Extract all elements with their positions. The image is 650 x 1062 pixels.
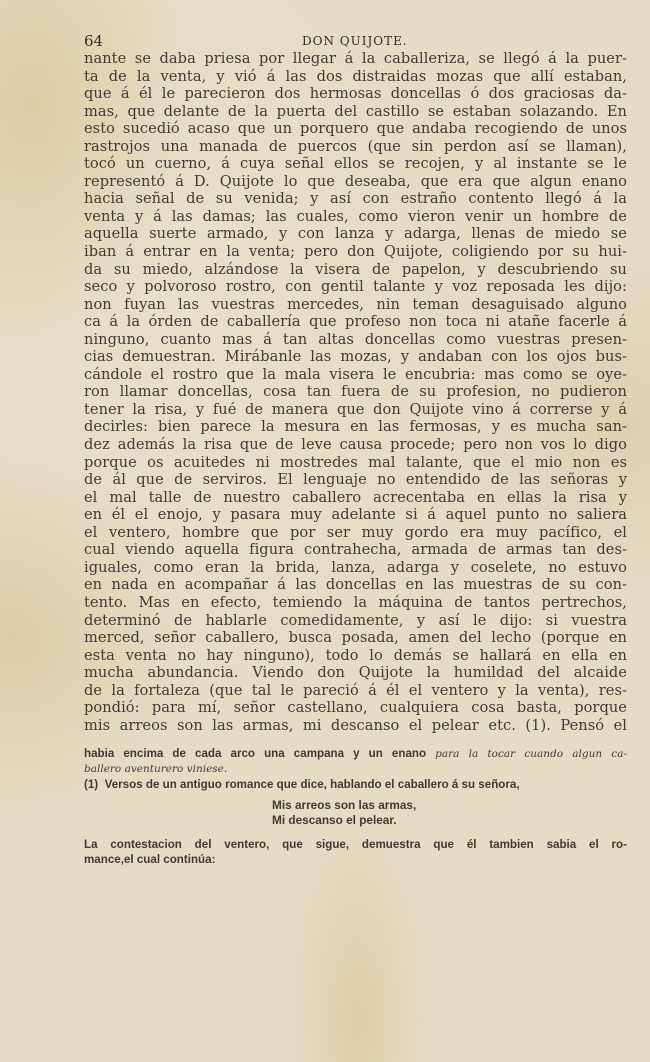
footnote-continued-line: habia encima de cada arco una campana y … bbox=[82, 746, 627, 762]
text-line: determinó de hablarle comedidamente, y a… bbox=[84, 612, 627, 630]
text-line: representó á D. Quijote lo que deseaba, … bbox=[84, 173, 627, 191]
text-line: tocó un cuerno, á cuya señal ellos se re… bbox=[84, 155, 627, 173]
footnote-continued-line: ballero aventurero viniese. bbox=[82, 762, 627, 777]
text-line: iban á entrar en la venta; pero don Quij… bbox=[84, 243, 627, 261]
text-line: aquella suerte armado, y con lanza y ada… bbox=[84, 225, 627, 243]
book-page: 64 DON QUIJOTE. nante se daba priesa por… bbox=[82, 30, 627, 867]
text-line: cándole el rostro que la mala visera le … bbox=[84, 366, 627, 384]
footnotes: habia encima de cada arco una campana y … bbox=[82, 746, 627, 867]
text-line: tener la risa, y fué de manera que don Q… bbox=[84, 401, 627, 419]
text-line: esta venta no hay ninguno), todo lo demá… bbox=[84, 647, 627, 665]
text-line: merced, señor caballero, busca posada, a… bbox=[84, 629, 627, 647]
footnote-closing: La contestacion del ventero, que sigue, … bbox=[82, 837, 627, 867]
text-line: que á él le parecieron dos hermosas donc… bbox=[84, 85, 627, 103]
text-line: el ventero, hombre que por ser muy gordo… bbox=[84, 524, 627, 542]
page-number: 64 bbox=[84, 32, 103, 50]
text-line: de la fortaleza (que tal le pareció á él… bbox=[84, 682, 627, 700]
text-line: mis arreos son las armas, mi descanso el… bbox=[84, 717, 627, 735]
text-line: en nada en acompañar á las doncellas en … bbox=[84, 576, 627, 594]
text-line: da su miedo, alzándose la visera de pape… bbox=[84, 261, 627, 279]
text-line: porque os acuitedes ni mostredes mal tal… bbox=[84, 454, 627, 472]
text-line: dez además la risa que de leve causa pro… bbox=[84, 436, 627, 454]
footnote-1: (1) Versos de un antiguo romance que dic… bbox=[82, 777, 627, 792]
text-line: ninguno, cuanto mas á tan altas doncella… bbox=[84, 331, 627, 349]
text-line: seco y polvoroso rostro, con gentil tala… bbox=[84, 278, 627, 296]
text-line: mucha abundancia. Viendo don Quijote la … bbox=[84, 664, 627, 682]
page-header: 64 DON QUIJOTE. bbox=[82, 30, 627, 50]
footnote-plain-text: habia encima de cada arco una campana y … bbox=[84, 747, 435, 760]
footnote-closing-line: La contestacion del ventero, que sigue, … bbox=[82, 837, 627, 852]
text-line: hacia señal de su venida; y así con estr… bbox=[84, 190, 627, 208]
text-line: decirles: bien parece la mesura en las f… bbox=[84, 418, 627, 436]
text-line: nante se daba priesa por llegar á la cab… bbox=[84, 50, 627, 68]
text-line: ta de la venta, y vió á las dos distraid… bbox=[84, 68, 627, 86]
text-line: pondió: para mí, señor castellano, cualq… bbox=[84, 699, 627, 717]
text-line: venta y á las damas; las cuales, como vi… bbox=[84, 208, 627, 226]
text-line: non fuyan las vuestras mercedes, nin tem… bbox=[84, 296, 627, 314]
text-line: rastrojos una manada de puercos (que sin… bbox=[84, 138, 627, 156]
footnote-italic-text: para la tocar cuando algun ca- bbox=[435, 748, 627, 760]
text-line: cias demuestran. Mirábanle las mozas, y … bbox=[84, 348, 627, 366]
text-line: esto sucedió acaso que un porquero que a… bbox=[84, 120, 627, 138]
text-line: en él el enojo, y pasara muy adelante si… bbox=[84, 506, 627, 524]
text-line: ron llamar doncellas, cosa tan fuera de … bbox=[84, 383, 627, 401]
text-line: el mal talle de nuestro caballero acrece… bbox=[84, 489, 627, 507]
text-line: ca á la órden de caballería que profeso … bbox=[84, 313, 627, 331]
text-line: de ál que de serviros. El lenguaje no en… bbox=[84, 471, 627, 489]
running-head: DON QUIJOTE. bbox=[302, 34, 408, 48]
text-line: cual viendo aquella figura contrahecha, … bbox=[84, 541, 627, 559]
body-text: nante se daba priesa por llegar á la cab… bbox=[82, 50, 627, 734]
text-line: mas, que delante de la puerta del castil… bbox=[84, 103, 627, 121]
verse-line: Mi descanso el pelear. bbox=[272, 813, 627, 828]
footnote-marker: (1) bbox=[84, 778, 98, 791]
verse-quote: Mis arreos son las armas, Mi descanso el… bbox=[82, 798, 627, 828]
text-line: iguales, como eran la brida, lanza, adar… bbox=[84, 559, 627, 577]
text-line: tento. Mas en efecto, temiendo la máquin… bbox=[84, 594, 627, 612]
footnote-closing-line: mance,el cual continúa: bbox=[82, 852, 627, 867]
footnote-text: Versos de un antiguo romance que dice, h… bbox=[105, 778, 520, 791]
verse-line: Mis arreos son las armas, bbox=[272, 798, 627, 813]
